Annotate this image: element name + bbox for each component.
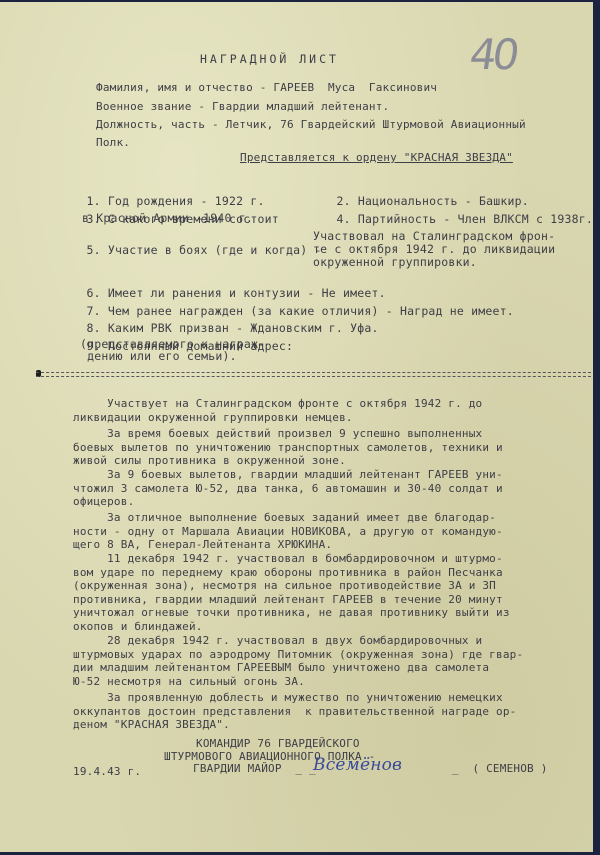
item-5: 5. Участие в боях (где и когда) - — [58, 229, 322, 271]
item-text: Партийность - Член ВЛКСМ с 1938г. — [358, 212, 593, 226]
narrative-line: живой силы противника в окруженной зоне. — [73, 454, 588, 468]
narrative-line: боевых вылетов по уничтожению транспортн… — [73, 441, 588, 455]
narrative-line: За 9 боевых вылетов, гвардии младший лей… — [73, 468, 588, 482]
signature-title-3: ГВАРДИИ МАЙОР _ _ — [193, 762, 316, 775]
narrative-line: За проявленную доблесть и мужество по ун… — [73, 691, 588, 705]
item-5-answer-3: окруженной группировки. — [313, 255, 477, 269]
handwritten-signature: Всемёнов — [313, 755, 402, 775]
narrative-line: Участвует на Сталинградском фронте с окт… — [73, 397, 588, 411]
item-number: 4. — [337, 212, 351, 226]
narrative-line: оккупантов достоин представления к прави… — [73, 705, 588, 719]
item-number: 5. — [87, 243, 101, 257]
document-title: НАГРАДНОЙ ЛИСТ — [200, 52, 339, 66]
narrative-line: За отличное выполнение боевых заданий им… — [73, 511, 588, 525]
name-line: Фамилия, имя и отчество - ГАРЕЕВ Муса Га… — [96, 81, 437, 94]
narrative-line: ности - одну от Маршала Авиации НОВИКОВА… — [73, 525, 588, 539]
narrative-line: вом ударе по переднему краю обороны прот… — [73, 566, 588, 580]
item-5-answer-1: Участвовал на Сталинградском фрон- — [313, 229, 555, 243]
item-label: Участие в боях (где и когда) - — [108, 243, 322, 257]
award-sheet: 40 НАГРАДНОЙ ЛИСТ Фамилия, имя и отчеств… — [0, 2, 593, 852]
handwritten-page-number: 40 — [467, 30, 519, 79]
narrative-line: щего 8 ВА, Генерал-Лейтенанта ХРЮКИНА. — [73, 538, 588, 552]
narrative-paragraph-7: За проявленную доблесть и мужество по ун… — [73, 691, 588, 732]
narrative-line: 11 декабря 1942 г. участвовал в бомбарди… — [73, 552, 588, 566]
narrative-line: дии младшим лейтенантом ГАРЕЕВЫМ было ун… — [73, 661, 588, 675]
rank-line: Военное звание - Гвардии младший лейтена… — [96, 100, 389, 113]
narrative-paragraph-6: 28 декабря 1942 г. участвовал в двух бом… — [73, 634, 588, 688]
narrative-line: уничтожал огневые точки противника, не д… — [73, 606, 588, 620]
narrative-line: 28 декабря 1942 г. участвовал в двух бом… — [73, 634, 588, 648]
narrative-line: (окруженная зона), несмотря на сильное п… — [73, 579, 588, 593]
signatory-name: _ ( СЕМЕНОВ ) — [452, 762, 548, 775]
narrative-line: окопов и блиндажей. — [73, 620, 588, 634]
narrative-paragraph-5: 11 декабря 1942 г. участвовал в бомбарди… — [73, 552, 588, 633]
narrative-paragraph-1: Участвует на Сталинградском фронте с окт… — [73, 397, 588, 424]
narrative-paragraph-3: За 9 боевых вылетов, гвардии младший лей… — [73, 468, 588, 509]
narrative-line: Ю-52 несмотря на сильный огонь ЗА. — [73, 675, 588, 689]
narrative-line: офицеров. — [73, 495, 588, 509]
narrative-paragraph-2: За время боевых действий произвел 9 успе… — [73, 427, 588, 468]
position-line: Должность, часть - Летчик, 76 Гвардейски… — [96, 118, 526, 131]
presented-for-order: Представляется к ордену "КРАСНАЯ ЗВЕЗДА" — [240, 151, 513, 164]
document-date: 19.4.43 г. — [73, 765, 141, 778]
narrative-line: ликвидации окруженной группировки немцев… — [73, 411, 588, 425]
narrative-paragraph-4: За отличное выполнение боевых заданий им… — [73, 511, 588, 552]
narrative-line: противника, гвардии младший лейтенант ГА… — [73, 593, 588, 607]
item-3-cont: в Красной Армии -1940 г. — [82, 211, 253, 225]
narrative-line: За время боевых действий произвел 9 успе… — [73, 427, 588, 441]
signature-title-1: КОМАНДИР 76 ГВАРДЕЙСКОГО — [196, 737, 360, 750]
section-divider — [36, 372, 591, 377]
item-5-answer-2: те с октября 1942 г. до ликвидации — [313, 242, 555, 256]
narrative-line: деном "КРАСНАЯ ЗВЕЗДА". — [73, 718, 588, 732]
narrative-line: штурмовых ударах по аэродрому Питомник (… — [73, 648, 588, 662]
position-line-cont: Полк. — [96, 136, 130, 149]
narrative-line: чтожил 3 самолета Ю-52, два танка, 6 авт… — [73, 482, 588, 496]
item-9-cont-2: дению или его семьи). — [80, 349, 237, 363]
